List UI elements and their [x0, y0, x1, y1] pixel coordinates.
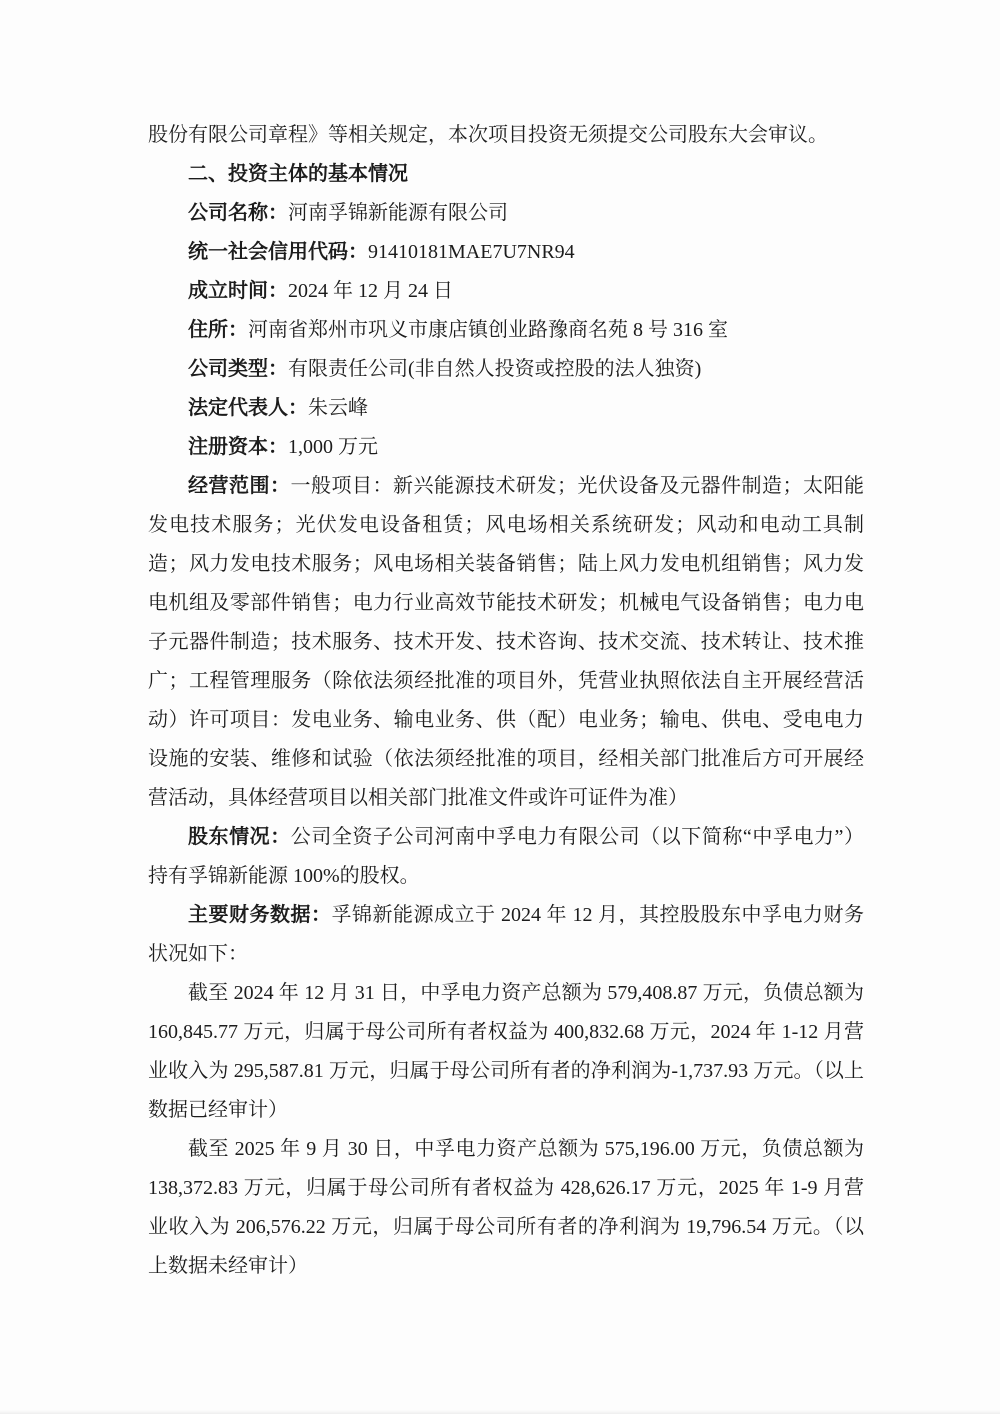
- field-label: 股东情况：: [188, 826, 291, 848]
- field-legal-representative: 法定代表人：朱云峰: [148, 389, 864, 428]
- field-company-name: 公司名称：河南孚锦新能源有限公司: [148, 194, 864, 233]
- field-value: 河南省郑州市巩义市康店镇创业路豫商名苑 8 号 316 室: [248, 319, 728, 341]
- section-heading: 二、投资主体的基本情况: [148, 155, 864, 194]
- field-registered-capital: 注册资本：1,000 万元: [148, 428, 864, 467]
- field-label: 经营范围：: [188, 475, 291, 497]
- field-value: 有限责任公司(非自然人投资或控股的法人独资): [288, 358, 701, 380]
- paragraph-continuation: 股份有限公司章程》等相关规定，本次项目投资无须提交公司股东大会审议。: [148, 116, 864, 155]
- field-label: 主要财务数据：: [188, 904, 332, 926]
- field-value: 1,000 万元: [288, 436, 378, 458]
- field-label: 成立时间：: [188, 280, 288, 302]
- field-label: 公司类型：: [188, 358, 288, 380]
- paragraph-financials-2025: 截至 2025 年 9 月 30 日，中孚电力资产总额为 575,196.00 …: [148, 1130, 864, 1286]
- field-shareholders: 股东情况：公司全资子公司河南中孚电力有限公司（以下简称“中孚电力”）持有孚锦新能…: [148, 818, 864, 896]
- body-text: 截至 2025 年 9 月 30 日，中孚电力资产总额为 575,196.00 …: [148, 1138, 864, 1277]
- paragraph-financials-2024: 截至 2024 年 12 月 31 日，中孚电力资产总额为 579,408.87…: [148, 974, 864, 1130]
- section-heading-text: 二、投资主体的基本情况: [188, 163, 408, 185]
- field-label: 注册资本：: [188, 436, 288, 458]
- field-value: 河南孚锦新能源有限公司: [288, 202, 508, 224]
- field-value: 2024 年 12 月 24 日: [288, 280, 453, 302]
- field-label: 住所：: [188, 319, 248, 341]
- field-business-scope: 经营范围：一般项目：新兴能源技术研发；光伏设备及元器件制造；太阳能发电技术服务；…: [148, 467, 864, 818]
- body-text: 股份有限公司章程》等相关规定，本次项目投资无须提交公司股东大会审议。: [148, 124, 828, 146]
- field-company-type: 公司类型：有限责任公司(非自然人投资或控股的法人独资): [148, 350, 864, 389]
- field-value: 91410181MAE7U7NR94: [368, 241, 575, 263]
- document-page: 股份有限公司章程》等相关规定，本次项目投资无须提交公司股东大会审议。 二、投资主…: [0, 0, 1000, 1414]
- field-address: 住所：河南省郑州市巩义市康店镇创业路豫商名苑 8 号 316 室: [148, 311, 864, 350]
- field-value: 一般项目：新兴能源技术研发；光伏设备及元器件制造；太阳能发电技术服务；光伏发电设…: [148, 475, 864, 809]
- field-value: 朱云峰: [308, 397, 368, 419]
- field-key-financials: 主要财务数据：孚锦新能源成立于 2024 年 12 月，其控股股东中孚电力财务状…: [148, 896, 864, 974]
- field-established-date: 成立时间：2024 年 12 月 24 日: [148, 272, 864, 311]
- field-label: 公司名称：: [188, 202, 288, 224]
- field-label: 法定代表人：: [188, 397, 308, 419]
- field-credit-code: 统一社会信用代码：91410181MAE7U7NR94: [148, 233, 864, 272]
- document-body: 股份有限公司章程》等相关规定，本次项目投资无须提交公司股东大会审议。 二、投资主…: [148, 116, 864, 1286]
- scan-edge-shadow: [0, 1410, 1000, 1414]
- body-text: 截至 2024 年 12 月 31 日，中孚电力资产总额为 579,408.87…: [148, 982, 864, 1121]
- field-label: 统一社会信用代码：: [188, 241, 368, 263]
